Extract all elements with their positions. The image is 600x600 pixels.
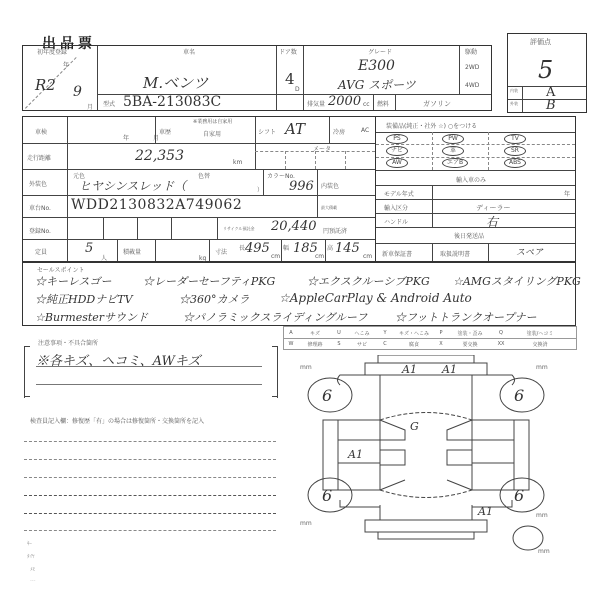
seats-value: 5 (85, 241, 93, 256)
sales-point: ☆エクスクルーシブPKG (307, 273, 430, 289)
color-no-value: 996 (289, 179, 314, 194)
mileage-value: 22,353 (135, 148, 184, 164)
equip-sr: SR (504, 146, 526, 156)
equip-navi: ナビ (386, 146, 408, 156)
score-value: 5 (538, 56, 553, 84)
exterior-label: 外装 (510, 101, 518, 107)
chassis-value: WDD2130832A749062 (71, 197, 242, 213)
displacement-value: 2000 (328, 94, 361, 109)
vehicle-details-table: 車検 年 月 車歴 ※業務用は自家用 自家用 シフト AT 冷房 AC 走行距離… (22, 116, 376, 262)
equip-tv: TV (504, 134, 526, 144)
tire-rear-left-depth: 6 (322, 486, 332, 505)
car-damage-diagram: 6 6 6 6 A1 A1 G A1 A1 mm mm mm mm mm (300, 355, 560, 555)
recycle-value: 20,440 (271, 219, 317, 234)
doors-value: 4 (285, 70, 295, 88)
mark-rear-right: A1 (477, 505, 493, 518)
exterior-grade: B (546, 98, 556, 113)
mark-front-bumper-right: A1 (441, 363, 457, 376)
inspector-label: 検査員記入欄：修復歴「有」の場合は修復箇所・交換箇所を記入 (30, 416, 204, 425)
equipment-block: 装備品(純正・社外 ☆) ○をつける PS PW TV ナビ 革 SR AW エ… (375, 116, 576, 262)
tire-front-right-depth: 6 (514, 386, 524, 405)
grade-label: グレード (368, 47, 392, 56)
sales-point: ☆AppleCarPlay & Android Auto (279, 291, 472, 305)
mark-front-bumper-left: A1 (401, 363, 417, 376)
tire-rear-right-depth: 6 (514, 486, 524, 505)
damage-legend: A キズ U へこみ Y キズ・へこみ P 塗装・歪み Q 塗装/ヘコミ W 修… (283, 326, 577, 350)
equip-ps: PS (386, 134, 408, 144)
sales-point: ☆AMGスタイリングPKG (453, 273, 581, 289)
equip-aw: AW (386, 158, 408, 168)
svg-text:mm: mm (536, 512, 548, 519)
length-value: 495 (245, 241, 270, 256)
sales-point: ☆フットトランクオープナー (395, 309, 536, 325)
sales-point: ☆キーレスゴー (35, 273, 111, 289)
first-reg-year: R2 (35, 76, 56, 94)
score-label: 評価点 (530, 37, 551, 47)
svg-text:mm: mm (538, 548, 550, 555)
equip-airbag: エアB (442, 158, 468, 168)
sales-points-block: セールスポイント ☆キーレスゴー ☆レーダーセーフティPKG ☆エクスクルーシブ… (22, 262, 576, 326)
grade-line2: AVG スポーツ (338, 76, 416, 93)
equip-abs: ABS (504, 158, 526, 168)
mark-hood: G (410, 420, 419, 433)
car-name-value: M.ベンツ (143, 72, 208, 93)
score-box: 評価点 5 内装 A 外装 B (507, 33, 587, 113)
equipment-label: 装備品(純正・社外 ☆) ○をつける (386, 121, 477, 130)
sales-point: ☆パノラミックスライディングルーフ (183, 309, 367, 325)
sales-point: ☆360°カメラ (179, 291, 250, 307)
car-name-label: 車名 (183, 47, 195, 56)
shift-value: AT (285, 120, 305, 138)
grade-line1: E300 (358, 58, 395, 74)
svg-text:mm: mm (300, 520, 312, 527)
equip-leather: 革 (442, 146, 464, 156)
interior-label: 内装 (510, 88, 518, 94)
vehicle-header-block: 初年度登録 R2 年 9 月 車名 M.ベンツ ドア数 4 D グレード E30… (22, 45, 492, 111)
mark-left-side: A1 (347, 448, 363, 461)
sales-point: ☆Burmesterサウンド (35, 309, 148, 325)
equip-pw: PW (442, 134, 464, 144)
height-value: 145 (335, 241, 360, 256)
fuel-value: ガソリン (423, 99, 451, 109)
sales-point: ☆純正HDDナビTV (35, 291, 133, 307)
exterior-color-value: ヒヤシンスレッド（ (79, 177, 186, 194)
svg-text:mm: mm (300, 364, 312, 371)
model-value: 5BA-213083C (123, 94, 221, 110)
svg-text:mm: mm (536, 364, 548, 371)
import-type-value: ディーラー (476, 203, 510, 213)
first-reg-month: 9 (73, 84, 82, 100)
drive-2wd: 2WD (465, 64, 479, 71)
tire-front-left-depth: 6 (322, 386, 332, 405)
sales-point: ☆レーダーセーフティPKG (143, 273, 275, 289)
drive-4wd: 4WD (465, 82, 479, 89)
first-reg-label: 初年度登録 (37, 47, 67, 56)
spare-value: スペア (516, 245, 543, 258)
